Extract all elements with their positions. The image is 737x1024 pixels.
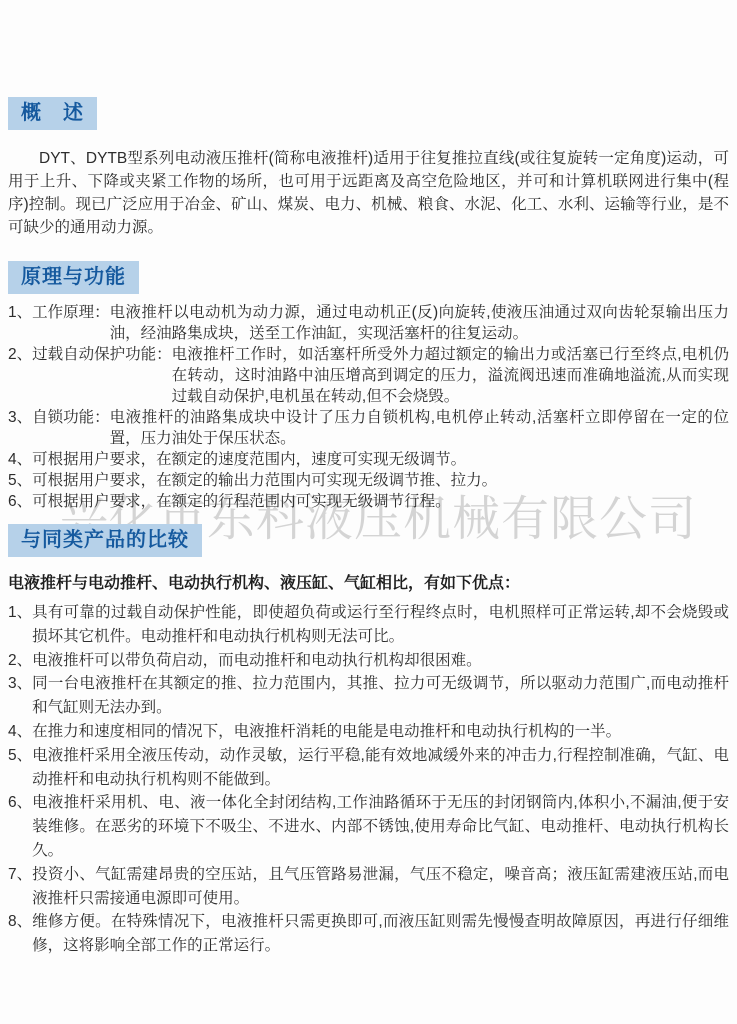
list-item-number: 3、 — [8, 672, 32, 696]
list-item: 2、 电液推杆可以带负荷启动，而电动推杆和电动执行机构却很困难。 — [8, 649, 729, 673]
list-item-text: 在推力和速度相同的情况下，电液推杆消耗的电能是电动推杆和电动执行机构的一半。 — [32, 720, 729, 744]
list-item-number: 4、 — [8, 720, 32, 744]
list-item-text: 维修方便。在特殊情况下，电液推杆只需更换即可,而液压缸则需先慢慢查明故障原因，再… — [32, 910, 729, 958]
comparison-list: 1、 具有可靠的过载自动保护性能，即使超负荷或运行至行程终点时，电机照样可正常运… — [8, 601, 729, 958]
list-item-number: 1、工作原理： — [8, 302, 110, 323]
list-item-text: 可根据用户要求，在额定的输出力范围内可实现无级调节推、拉力。 — [32, 470, 729, 491]
list-item: 3、 同一台电液推杆在其额定的推、拉力范围内，其推、拉力可无级调节，所以驱动力范… — [8, 672, 729, 720]
list-item-text: 同一台电液推杆在其额定的推、拉力范围内，其推、拉力可无级调节，所以驱动力范围广,… — [32, 672, 729, 720]
list-item-number: 6、 — [8, 491, 32, 512]
list-item-text: 可根据用户要求，在额定的速度范围内，速度可实现无级调节。 — [32, 449, 729, 470]
section-principles: 原理与功能 1、工作原理： 电液推杆以电动机为动力源，通过电动机正(反)向旋转,… — [0, 261, 737, 512]
section-title-comparison: 与同类产品的比较 — [8, 524, 202, 557]
section-title-overview: 概 述 — [8, 97, 97, 130]
list-item: 1、 具有可靠的过载自动保护性能，即使超负荷或运行至行程终点时，电机照样可正常运… — [8, 601, 729, 649]
list-item-text: 电液推杆的油路集成块中设计了压力自锁机构,电机停止转动,活塞杆立即停留在一定的位… — [110, 407, 729, 449]
list-item-number: 5、 — [8, 744, 32, 768]
list-item-number: 5、 — [8, 470, 32, 491]
list-item: 4、 可根据用户要求，在额定的速度范围内，速度可实现无级调节。 — [8, 449, 729, 470]
list-item: 6、 可根据用户要求，在额定的行程范围内可实现无级调节行程。 — [8, 491, 729, 512]
list-item: 4、 在推力和速度相同的情况下，电液推杆消耗的电能是电动推杆和电动执行机构的一半… — [8, 720, 729, 744]
list-item: 7、 投资小、气缸需建昂贵的空压站，且气压管路易泄漏，气压不稳定，噪音高；液压缸… — [8, 863, 729, 911]
list-item-number: 3、自锁功能： — [8, 407, 110, 428]
list-item-text: 电液推杆采用全液压传动，动作灵敏，运行平稳,能有效地减缓外来的冲击力,行程控制准… — [32, 744, 729, 792]
list-item-number: 2、过载自动保护功能： — [8, 344, 172, 365]
overview-paragraph: DYT、DYTB型系列电动液压推杆(简称电液推杆)适用于往复推拉直线(或往复旋转… — [8, 147, 729, 239]
document-content: 概 述 DYT、DYTB型系列电动液压推杆(简称电液推杆)适用于往复推拉直线(或… — [0, 0, 737, 958]
list-item: 8、 维修方便。在特殊情况下，电液推杆只需更换即可,而液压缸则需先慢慢查明故障原… — [8, 910, 729, 958]
list-item: 5、 可根据用户要求，在额定的输出力范围内可实现无级调节推、拉力。 — [8, 470, 729, 491]
list-item: 1、工作原理： 电液推杆以电动机为动力源，通过电动机正(反)向旋转,使液压油通过… — [8, 302, 729, 344]
section-overview: 概 述 DYT、DYTB型系列电动液压推杆(简称电液推杆)适用于往复推拉直线(或… — [0, 0, 737, 239]
list-item: 6、 电液推杆采用机、电、液一体化全封闭结构,工作油路循环于无压的封闭钢筒内,体… — [8, 791, 729, 862]
list-item-text: 具有可靠的过载自动保护性能，即使超负荷或运行至行程终点时，电机照样可正常运转,却… — [32, 601, 729, 649]
list-item-number: 6、 — [8, 791, 32, 815]
list-item-text: 电液推杆以电动机为动力源，通过电动机正(反)向旋转,使液压油通过双向齿轮泵输出压… — [110, 302, 729, 344]
list-item-number: 7、 — [8, 863, 32, 887]
list-item-text: 可根据用户要求，在额定的行程范围内可实现无级调节行程。 — [32, 491, 729, 512]
comparison-intro: 电液推杆与电动推杆、电动执行机构、液压缸、气缸相比，有如下优点： — [8, 570, 729, 593]
list-item-number: 8、 — [8, 910, 32, 934]
document-page: 兴化市东科液压机械有限公司 概 述 DYT、DYTB型系列电动液压推杆(简称电液… — [0, 0, 737, 1024]
list-item-text: 电液推杆工作时，如活塞杆所受外力超过额定的输出力或活塞已行至终点,电机仍在转动，… — [172, 344, 729, 407]
list-item-text: 投资小、气缸需建昂贵的空压站，且气压管路易泄漏，气压不稳定，噪音高；液压缸需建液… — [32, 863, 729, 911]
section-title-principles: 原理与功能 — [8, 261, 139, 294]
list-item-number: 1、 — [8, 601, 32, 625]
list-item-text: 电液推杆可以带负荷启动，而电动推杆和电动执行机构却很困难。 — [32, 649, 729, 673]
section-comparison: 与同类产品的比较 电液推杆与电动推杆、电动执行机构、液压缸、气缸相比，有如下优点… — [0, 524, 737, 958]
list-item-text: 电液推杆采用机、电、液一体化全封闭结构,工作油路循环于无压的封闭钢筒内,体积小,… — [32, 791, 729, 862]
list-item: 3、自锁功能： 电液推杆的油路集成块中设计了压力自锁机构,电机停止转动,活塞杆立… — [8, 407, 729, 449]
principles-list: 1、工作原理： 电液推杆以电动机为动力源，通过电动机正(反)向旋转,使液压油通过… — [8, 302, 729, 512]
list-item-number: 2、 — [8, 649, 32, 673]
list-item-number: 4、 — [8, 449, 32, 470]
list-item: 2、过载自动保护功能： 电液推杆工作时，如活塞杆所受外力超过额定的输出力或活塞已… — [8, 344, 729, 407]
list-item: 5、 电液推杆采用全液压传动，动作灵敏，运行平稳,能有效地减缓外来的冲击力,行程… — [8, 744, 729, 792]
